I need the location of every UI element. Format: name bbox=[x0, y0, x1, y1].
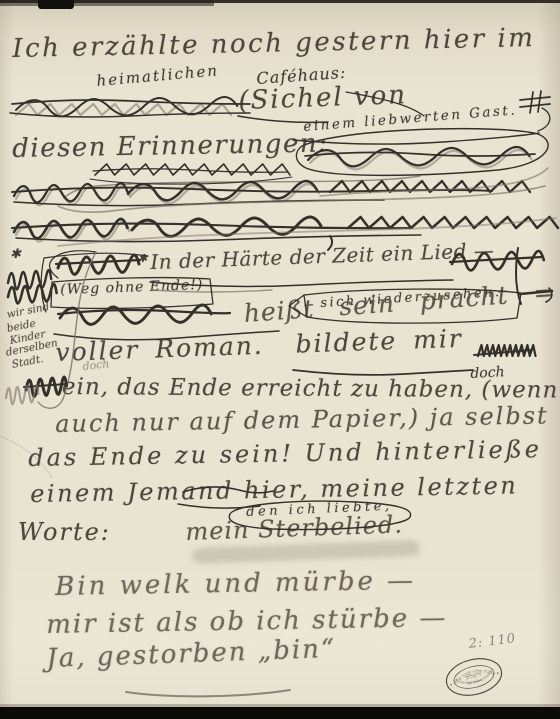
poem-line-2: mir ist als ob ich stürbe — bbox=[46, 605, 448, 638]
manuscript-word-worte: Worte: bbox=[18, 520, 111, 544]
scan-edge-bottom bbox=[0, 707, 560, 719]
asterisk-margin: ✱ bbox=[10, 248, 21, 261]
poem-line-3: Ja, gestorben „bin“ bbox=[46, 636, 337, 672]
asterisk-inline: ✱ bbox=[138, 253, 147, 264]
manuscript-line-voller-roman: voller Roman. bildete mir bbox=[55, 326, 463, 365]
scan-edge-tab bbox=[38, 0, 74, 9]
insertion-heimatlichen: heimatlichen bbox=[96, 63, 220, 89]
archive-number: 2: 110 bbox=[468, 632, 517, 651]
poem-underline bbox=[126, 690, 290, 696]
insertion-weg-ohne-ende: (Weg ohne Ende!) bbox=[60, 278, 204, 297]
deleted-scribble-insert bbox=[90, 164, 292, 184]
stamp-center-hebrew: ירושלים bbox=[465, 670, 483, 681]
manuscript-page: Ich erzählte noch gestern hier im heimat… bbox=[0, 0, 560, 719]
deleted-scribble-row-c bbox=[12, 168, 548, 212]
manuscript-word-sterbelied: mein Sterbelied. bbox=[185, 512, 403, 544]
manuscript-line-sichel: (Sichel von bbox=[238, 82, 407, 114]
manuscript-line-haerte: In der Härte der Zeit ein Lied — bbox=[150, 240, 495, 272]
manuscript-line-papier: auch nur auf dem Papier,) ja selbst bbox=[55, 403, 549, 436]
manuscript-line-hinterliesse: das Ende zu sein! Und hinterließe bbox=[28, 437, 542, 470]
manuscript-line-erinnerungen: diesen Erinnerungen: bbox=[12, 130, 329, 162]
stamp-center-latin: Jerusalem bbox=[466, 678, 483, 686]
svg-text:ארכיון אלזה לסקר שילר: ארכיון אלזה לסקר שילר bbox=[451, 664, 497, 687]
stamp-bottom-arc: Archiv Else Lasker-Schüler bbox=[453, 668, 496, 689]
manuscript-line-jemand: einem Jemand hier, meine letzten bbox=[30, 473, 518, 506]
stamp-top-arc: ארכיון אלזה לסקר שילר bbox=[451, 664, 497, 687]
insertion-doch-faint: doch bbox=[82, 358, 110, 372]
svg-text:Archiv Else Lasker-Schüler: Archiv Else Lasker-Schüler bbox=[453, 668, 496, 689]
hash-mark bbox=[520, 91, 550, 113]
manuscript-line-heisst: heißt sein pracht = bbox=[243, 279, 556, 326]
manuscript-line-ende-erreicht: ein, das Ende erreicht zu haben, (wenn bbox=[62, 376, 559, 402]
scan-edge-top-shadow bbox=[0, 0, 214, 6]
archive-stamp-icon: ארכיון אלזה לסקר שילר ירושלים Jerusalem … bbox=[443, 653, 506, 701]
poem-line-1: Bin welk und mürbe — bbox=[55, 568, 416, 600]
manuscript-line-opening: Ich erzählte noch gestern hier im bbox=[12, 25, 536, 62]
